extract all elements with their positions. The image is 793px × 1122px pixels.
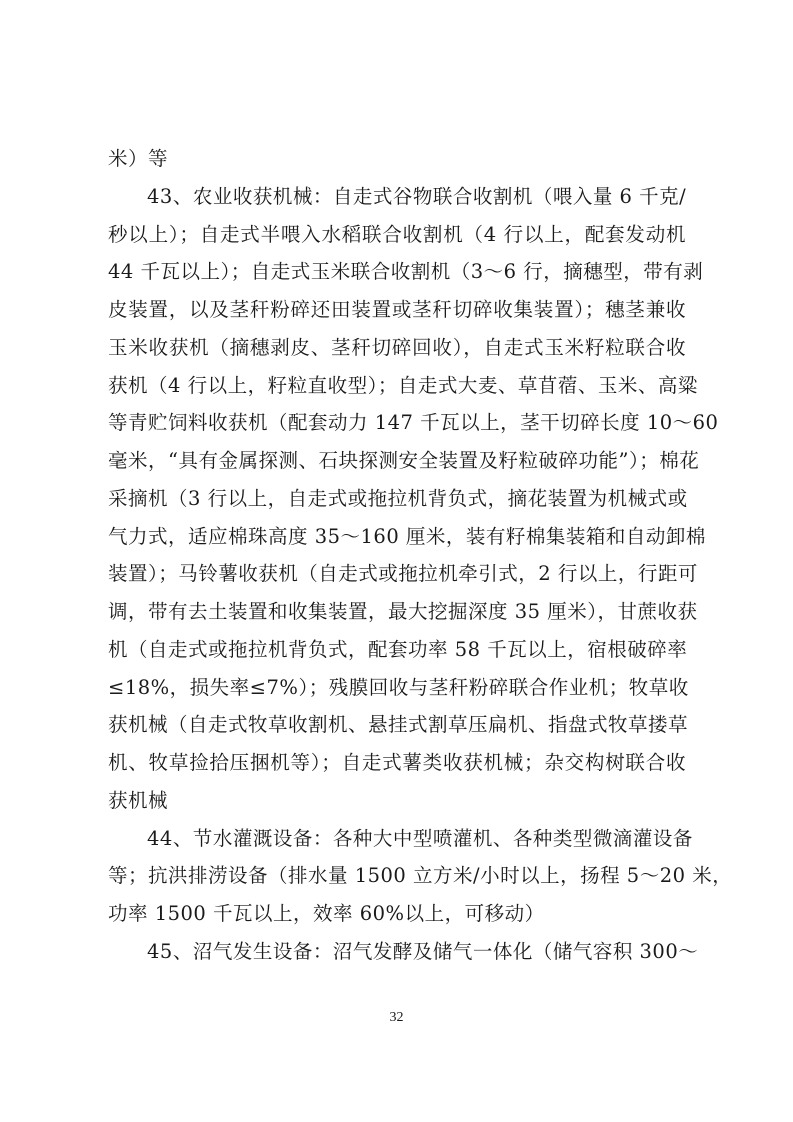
text-line: 调，带有去土装置和收集装置，最大挖掘深度 35 厘米），甘蔗收获 <box>108 593 686 631</box>
text-line: 获机（4 行以上，籽粒直收型）；自走式大麦、草苜蓿、玉米、高粱 <box>108 367 686 405</box>
text-line: 获机械（自走式牧草收割机、悬挂式割草压扁机、指盘式牧草搂草 <box>108 706 686 744</box>
text-line: 装置）；马铃薯收获机（自走式或拖拉机牵引式，2 行以上，行距可 <box>108 555 686 593</box>
text-line: 机（自走式或拖拉机背负式，配套功率 58 千瓦以上，宿根破碎率 <box>108 631 686 669</box>
text-line: ≤18%，损失率≤7%）；残膜回收与茎秆粉碎联合作业机；牧草收 <box>108 669 686 707</box>
item-44-heading-line: 44、节水灌溉设备：各种大中型喷灌机、各种类型微滴灌设备 <box>108 820 686 858</box>
text-line: 采摘机（3 行以上，自走式或拖拉机背负式，摘花装置为机械式或 <box>108 480 686 518</box>
text-line: 玉米收获机（摘穗剥皮、茎秆切碎回收），自走式玉米籽粒联合收 <box>108 329 686 367</box>
text-line: 气力式，适应棉珠高度 35～160 厘米，装有籽棉集装箱和自动卸棉 <box>108 518 686 556</box>
text-line: 功率 1500 千瓦以上，效率 60%以上，可移动） <box>108 895 686 933</box>
text-line: 机、牧草捡拾压捆机等）；自走式薯类收获机械；杂交构树联合收 <box>108 744 686 782</box>
page-number: 32 <box>0 1010 793 1026</box>
item-43-heading-line: 43、农业收获机械：自走式谷物联合收割机（喂入量 6 千克/ <box>108 178 686 216</box>
text-line: 等；抗洪排涝设备（排水量 1500 立方米/小时以上，扬程 5～20 米， <box>108 857 686 895</box>
text-line: 等青贮饲料收获机（配套动力 147 千瓦以上，茎干切碎长度 10～60 <box>108 404 686 442</box>
text-line: 米）等 <box>108 140 686 178</box>
text-line: 毫米，“具有金属探测、石块探测安全装置及籽粒破碎功能”）；棉花 <box>108 442 686 480</box>
item-45-heading-line: 45、沼气发生设备：沼气发酵及储气一体化（储气容积 300～ <box>108 933 686 971</box>
text-line: 获机械 <box>108 782 686 820</box>
text-line: 皮装置，以及茎秆粉碎还田装置或茎秆切碎收集装置）；穗茎兼收 <box>108 291 686 329</box>
text-line: 秒以上）；自走式半喂入水稻联合收割机（4 行以上，配套发动机 <box>108 216 686 254</box>
text-line: 44 千瓦以上）；自走式玉米联合收割机（3～6 行，摘穗型，带有剥 <box>108 253 686 291</box>
document-body: 米）等 43、农业收获机械：自走式谷物联合收割机（喂入量 6 千克/ 秒以上）；… <box>108 140 686 971</box>
